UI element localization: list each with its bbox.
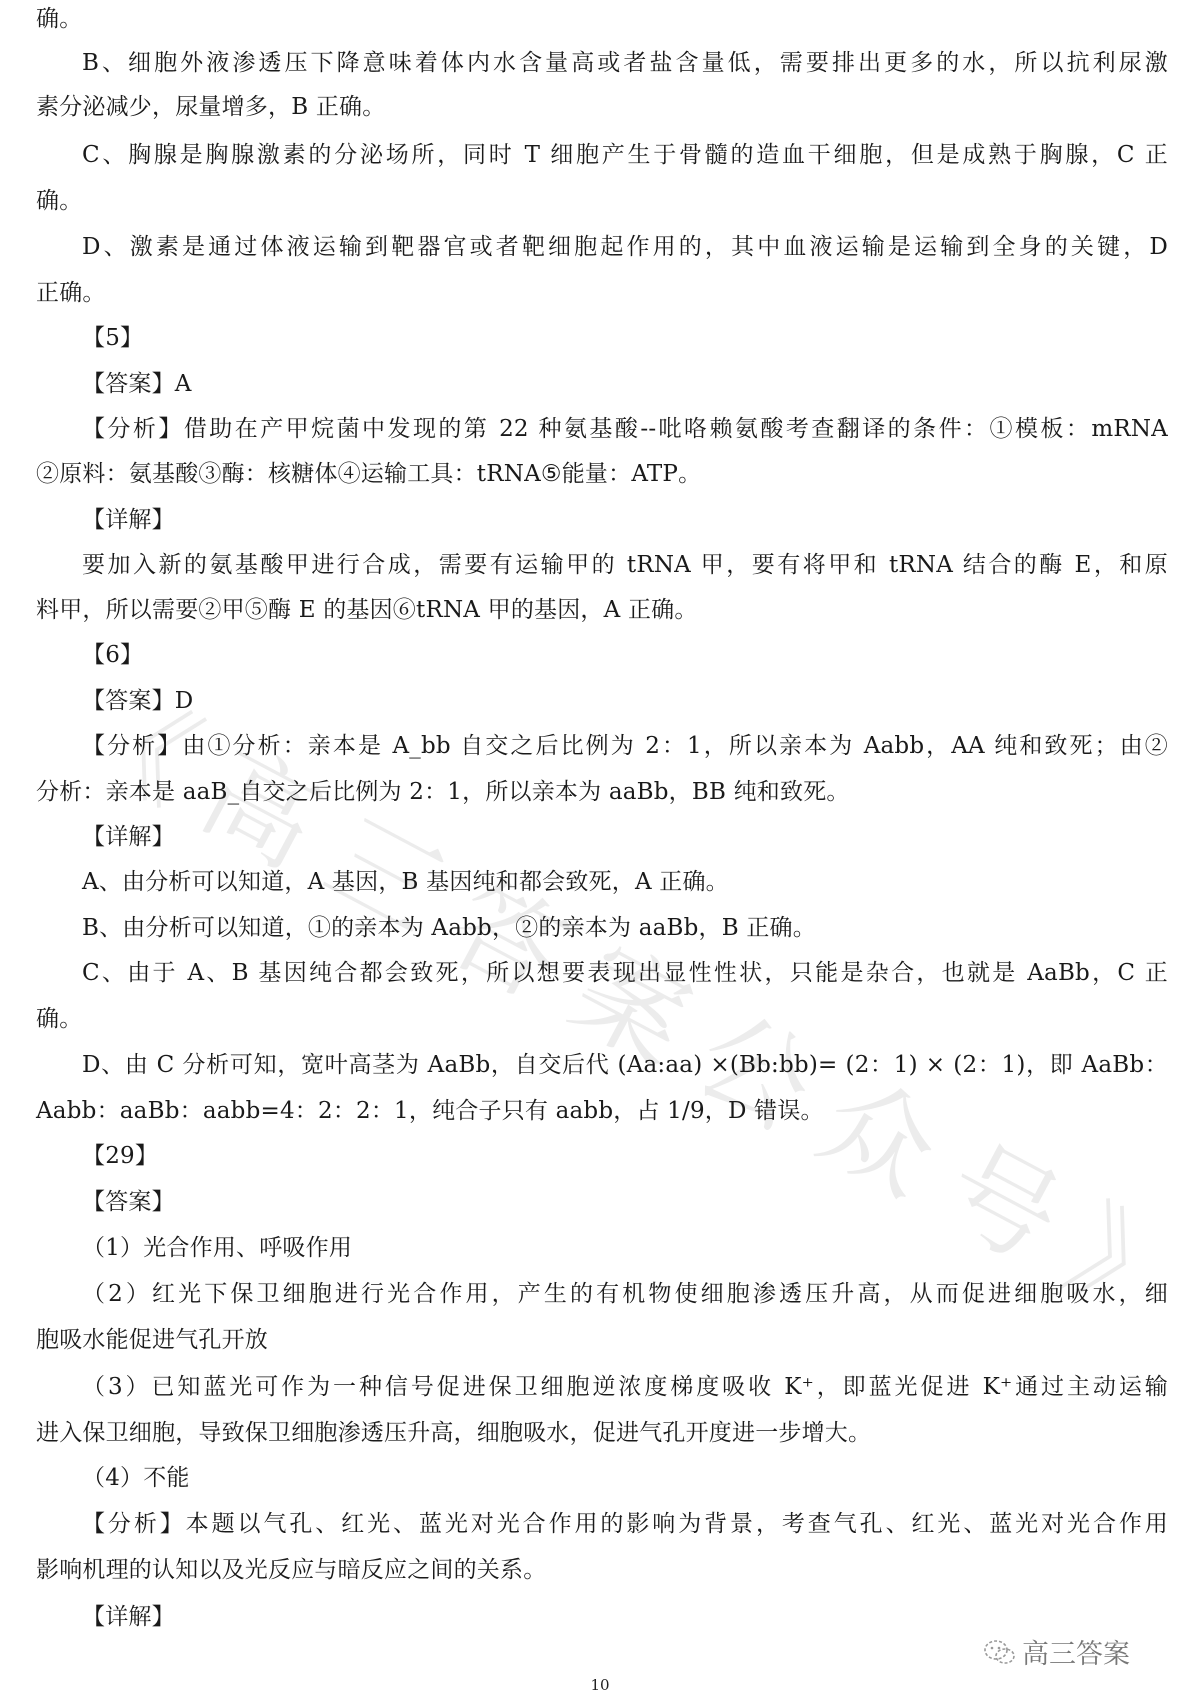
wechat-icon [982,1637,1016,1667]
text-line: 胞吸水能促进气孔开放 [36,1325,268,1355]
text-line: D、激素是通过体液运输到靶器官或者靶细胞起作用的，其中血液运输是运输到全身的关键… [82,232,1168,262]
text-line: （4）不能 [82,1463,190,1493]
text-line: 影响机理的认知以及光反应与暗反应之间的关系。 [36,1555,546,1585]
text-line: 要加入新的氨基酸甲进行合成，需要有运输甲的 tRNA 甲，要有将甲和 tRNA … [82,550,1168,580]
logo-text: 高三答案 [1022,1632,1130,1671]
document-page: 《高三答案公众号》 确。 B、细胞外液渗透压下降意味着体内水含量高或者盐含量低，… [0,0,1200,1698]
answer-line: 【答案】D [82,686,193,716]
text-line: 确。 [36,1004,82,1034]
text-line: A、由分析可以知道，A 基因，B 基因纯和都会致死，A 正确。 [82,867,729,897]
text-line: 进入保卫细胞，导致保卫细胞渗透压升高，细胞吸水，促进气孔开度进一步增大。 [36,1418,871,1448]
analysis-line: 【分析】由①分析：亲本是 A_bb 自交之后比例为 2：1，所以亲本为 Aabb… [82,731,1168,761]
text-line: B、由分析可以知道，①的亲本为 Aabb，②的亲本为 aaBb，B 正确。 [82,913,816,943]
text-line: ②原料：氨基酸③酶：核糖体④运输工具：tRNA⑤能量：ATP。 [36,459,701,489]
section-heading: 【6】 [82,640,143,670]
text-line: （3）已知蓝光可作为一种信号促进保卫细胞逆浓度梯度吸收 K⁺，即蓝光促进 K⁺通… [82,1372,1168,1402]
text-line: 确。 [36,186,82,216]
text-line: Aabb：aaBb：aabb=4：2：2：1，纯合子只有 aabb，占 1/9，… [36,1096,824,1126]
detail-heading: 【详解】 [82,822,175,852]
text-line: 确。 [36,4,82,34]
text-line: C、由于 A、B 基因纯合都会致死，所以想要表现出显性性状，只能是杂合，也就是 … [82,958,1168,988]
text-line: D、由 C 分析可知，宽叶高茎为 AaBb，自交后代 (Aa:aa) ×(Bb:… [82,1050,1168,1080]
text-line: 料甲，所以需要②甲⑤酶 E 的基因⑥tRNA 甲的基因，A 正确。 [36,595,698,625]
detail-heading: 【详解】 [82,505,175,535]
detail-heading: 【详解】 [82,1602,175,1632]
text-line: （1）光合作用、呼吸作用 [82,1233,352,1263]
analysis-line: 【分析】本题以气孔、红光、蓝光对光合作用的影响为背景，考查气孔、红光、蓝光对光合… [82,1509,1168,1539]
answer-line: 【答案】 [82,1187,175,1217]
text-line: B、细胞外液渗透压下降意味着体内水含量高或者盐含量低，需要排出更多的水，所以抗利… [82,48,1168,78]
section-heading: 【29】 [82,1141,158,1171]
analysis-line: 【分析】借助在产甲烷菌中发现的第 22 种氨基酸--吡咯赖氨酸考查翻译的条件：①… [82,414,1168,444]
text-line: 素分泌减少，尿量增多，B 正确。 [36,92,385,122]
source-logo: 高三答案 [982,1632,1130,1671]
page-number: 10 [0,1676,1200,1694]
text-line: 分析：亲本是 aaB_自交之后比例为 2：1，所以亲本为 aaBb，BB 纯和致… [36,777,850,807]
text-line: C、胸腺是胸腺激素的分泌场所，同时 T 细胞产生于骨髓的造血干细胞，但是成熟于胸… [82,140,1168,170]
text-line: 正确。 [36,278,106,308]
section-heading: 【5】 [82,323,143,353]
text-line: （2）红光下保卫细胞进行光合作用，产生的有机物使细胞渗透压升高，从而促进细胞吸水… [82,1279,1168,1309]
answer-line: 【答案】A [82,369,192,399]
